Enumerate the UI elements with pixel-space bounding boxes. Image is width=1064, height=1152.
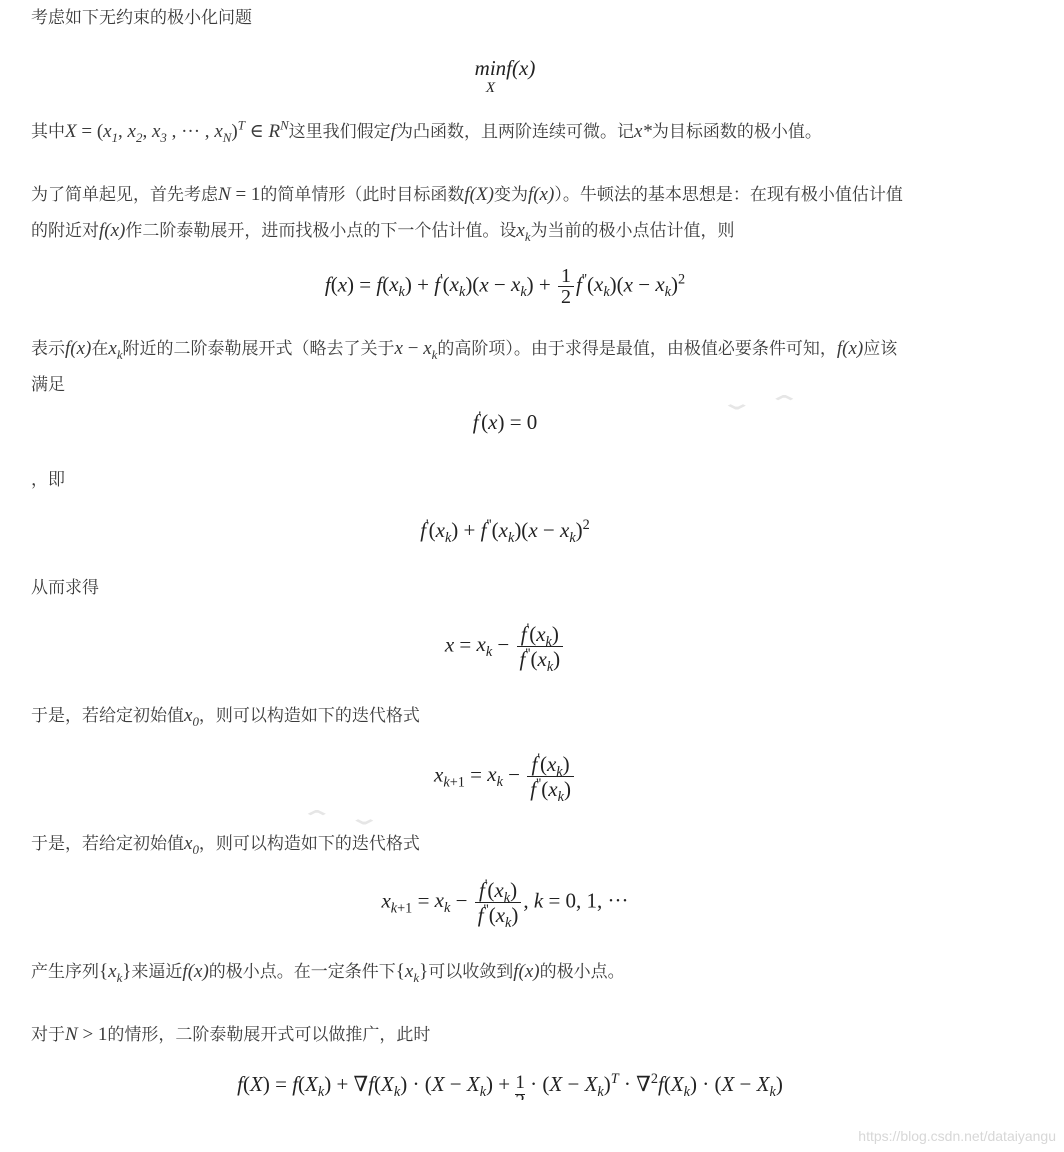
equation-solve: x = xk − f'(xk)f''(xk): [0, 622, 1010, 671]
def-prefix: 其中: [31, 122, 65, 142]
simple-case-line2: 的附近对f(x)作二阶泰勒展开，进而找极小点的下一个估计值。设xk为当前的极小点…: [31, 213, 735, 249]
min-var: X: [486, 80, 495, 96]
objective-func: f(x): [506, 56, 535, 80]
text: 对于: [31, 1025, 65, 1045]
article-body: 考虑如下无约束的极小化问题 min X f(x) 其中X = (x1, x2, …: [0, 0, 1064, 1152]
taylor-explanation-line2: 满足: [31, 367, 65, 403]
multivariate-paragraph: 对于N > 1的情形，二阶泰勒展开式可以做推广，此时: [31, 1017, 430, 1053]
text: 应该: [863, 339, 897, 359]
min-label: min: [475, 56, 507, 80]
math-fx: f(x): [99, 220, 125, 241]
min-operator: min X: [475, 58, 507, 98]
definition-paragraph: 其中X = (x1, x2, x3 , ··· , xN)T ∈ RN这里我们假…: [31, 114, 822, 150]
text: ，即: [31, 470, 65, 490]
fraction-derivative-ratio: f'(xk)f''(xk): [517, 622, 564, 671]
text: 的极小点。在一定条件下: [209, 962, 396, 982]
math-N-gt-1: N > 1: [65, 1024, 107, 1045]
equation-iteration-1: xk+1 = xk − f'(xk)f''(xk): [0, 752, 1010, 801]
math-xstar: x*: [634, 121, 652, 142]
text: 的情形，二阶泰勒展开式可以做推广，此时: [107, 1025, 430, 1045]
equation-multivariate-taylor: f(X) = f(Xk) + ∇f(Xk) · (X − Xk) + 12 · …: [0, 1072, 1020, 1100]
math-xk: xk: [516, 220, 530, 241]
simple-case-line1: 为了简单起见，首先考虑N = 1的简单情形（此时目标函数f(X)变为f(x)）。…: [31, 177, 903, 213]
text: 为当前的极小点估计值，则: [531, 221, 735, 241]
iteration-intro-1: 于是，若给定初始值x0，则可以构造如下的迭代格式: [31, 698, 420, 734]
text: 表示: [31, 339, 65, 359]
math-N-eq-1: N = 1: [218, 184, 260, 205]
taylor-explanation-line1: 表示f(x)在xk附近的二阶泰勒展开式（略去了关于x − xk的高阶项）。由于求…: [31, 331, 897, 367]
iteration-intro-2: 于是，若给定初始值x0，则可以构造如下的迭代格式: [31, 826, 420, 862]
text: 于是，若给定初始值: [31, 706, 184, 726]
fraction-half: 12: [558, 266, 574, 307]
intro-label: 考虑如下无约束的极小化问题: [31, 8, 252, 28]
text-ie: ，即: [31, 462, 65, 498]
math-fX: f(X): [464, 184, 494, 205]
text: 为了简单起见，首先考虑: [31, 185, 218, 205]
text: 附近的二阶泰勒展开式（略去了关于: [123, 339, 395, 359]
text: 满足: [31, 375, 65, 395]
math-fx: f(x): [837, 338, 863, 359]
math-fx: f(x): [65, 338, 91, 359]
text: 可以收敛到: [428, 962, 513, 982]
def-mid2: 为凸函数，且两阶连续可微。记: [396, 122, 634, 142]
text: 在: [91, 339, 108, 359]
text: ，则可以构造如下的迭代格式: [199, 834, 420, 854]
math-seq-xk: {xk}: [99, 961, 131, 982]
math-xk: xk: [108, 338, 122, 359]
equation-taylor: f(x) = f(xk) + f'(xk)(x − xk) + 12f''(xk…: [0, 266, 1010, 307]
text-thus: 从而求得: [31, 570, 99, 606]
text: 的附近对: [31, 221, 99, 241]
fraction-derivative-ratio: f'(xk)f''(xk): [527, 752, 574, 801]
watermark-glyph: ⌃ ⌄: [300, 807, 381, 830]
text: 于是，若给定初始值: [31, 834, 184, 854]
sequence-paragraph: 产生序列{xk}来逼近f(x)的极小点。在一定条件下{xk}可以收敛到f(x)的…: [31, 954, 625, 990]
math-x0: x0: [184, 705, 199, 726]
math-fx: f(x): [182, 961, 208, 982]
text: 的极小点。: [540, 962, 625, 982]
watermark-glyph: ⌄ ⌃: [720, 392, 801, 415]
def-mid: 这里我们假定: [289, 122, 391, 142]
fraction-derivative-ratio: f'(xk)f''(xk): [475, 878, 522, 927]
text: 来逼近: [131, 962, 182, 982]
text: 从而求得: [31, 578, 99, 598]
math-x-minus-xk: x − xk: [395, 338, 438, 359]
text: 变为: [494, 185, 528, 205]
text: 的高阶项）。由于求得是最值，由极值必要条件可知，: [437, 339, 837, 359]
equation-stationary: f'(x) = 0: [0, 410, 1010, 435]
def-suffix: 为目标函数的极小值。: [652, 122, 822, 142]
equation-objective: min X f(x): [0, 58, 1010, 98]
text: ）。牛顿法的基本思想是：在现有极小值估计值: [554, 185, 903, 205]
math-x0: x0: [184, 833, 199, 854]
math-fx: f(x): [513, 961, 539, 982]
text: 作二阶泰勒展开，进而找极小点的下一个估计值。设: [125, 221, 516, 241]
text: 的简单情形（此时目标函数: [260, 185, 464, 205]
watermark-url: https://blog.csdn.net/dataiyangu: [858, 1128, 1056, 1144]
text: ，则可以构造如下的迭代格式: [199, 706, 420, 726]
math-seq-xk: {xk}: [396, 961, 428, 982]
math-X-vector: X = (x1, x2, x3 , ··· , xN)T ∈ RN: [65, 121, 289, 142]
equation-ie: f'(xk) + f''(xk)(x − xk)2: [0, 518, 1010, 543]
text: 产生序列: [31, 962, 99, 982]
math-fx: f(x): [528, 184, 554, 205]
equation-iteration-2: xk+1 = xk − f'(xk)f''(xk), k = 0, 1, ···: [0, 878, 1010, 927]
fraction-half-clipped: 12: [515, 1072, 525, 1100]
intro-text: 考虑如下无约束的极小化问题: [31, 0, 252, 36]
